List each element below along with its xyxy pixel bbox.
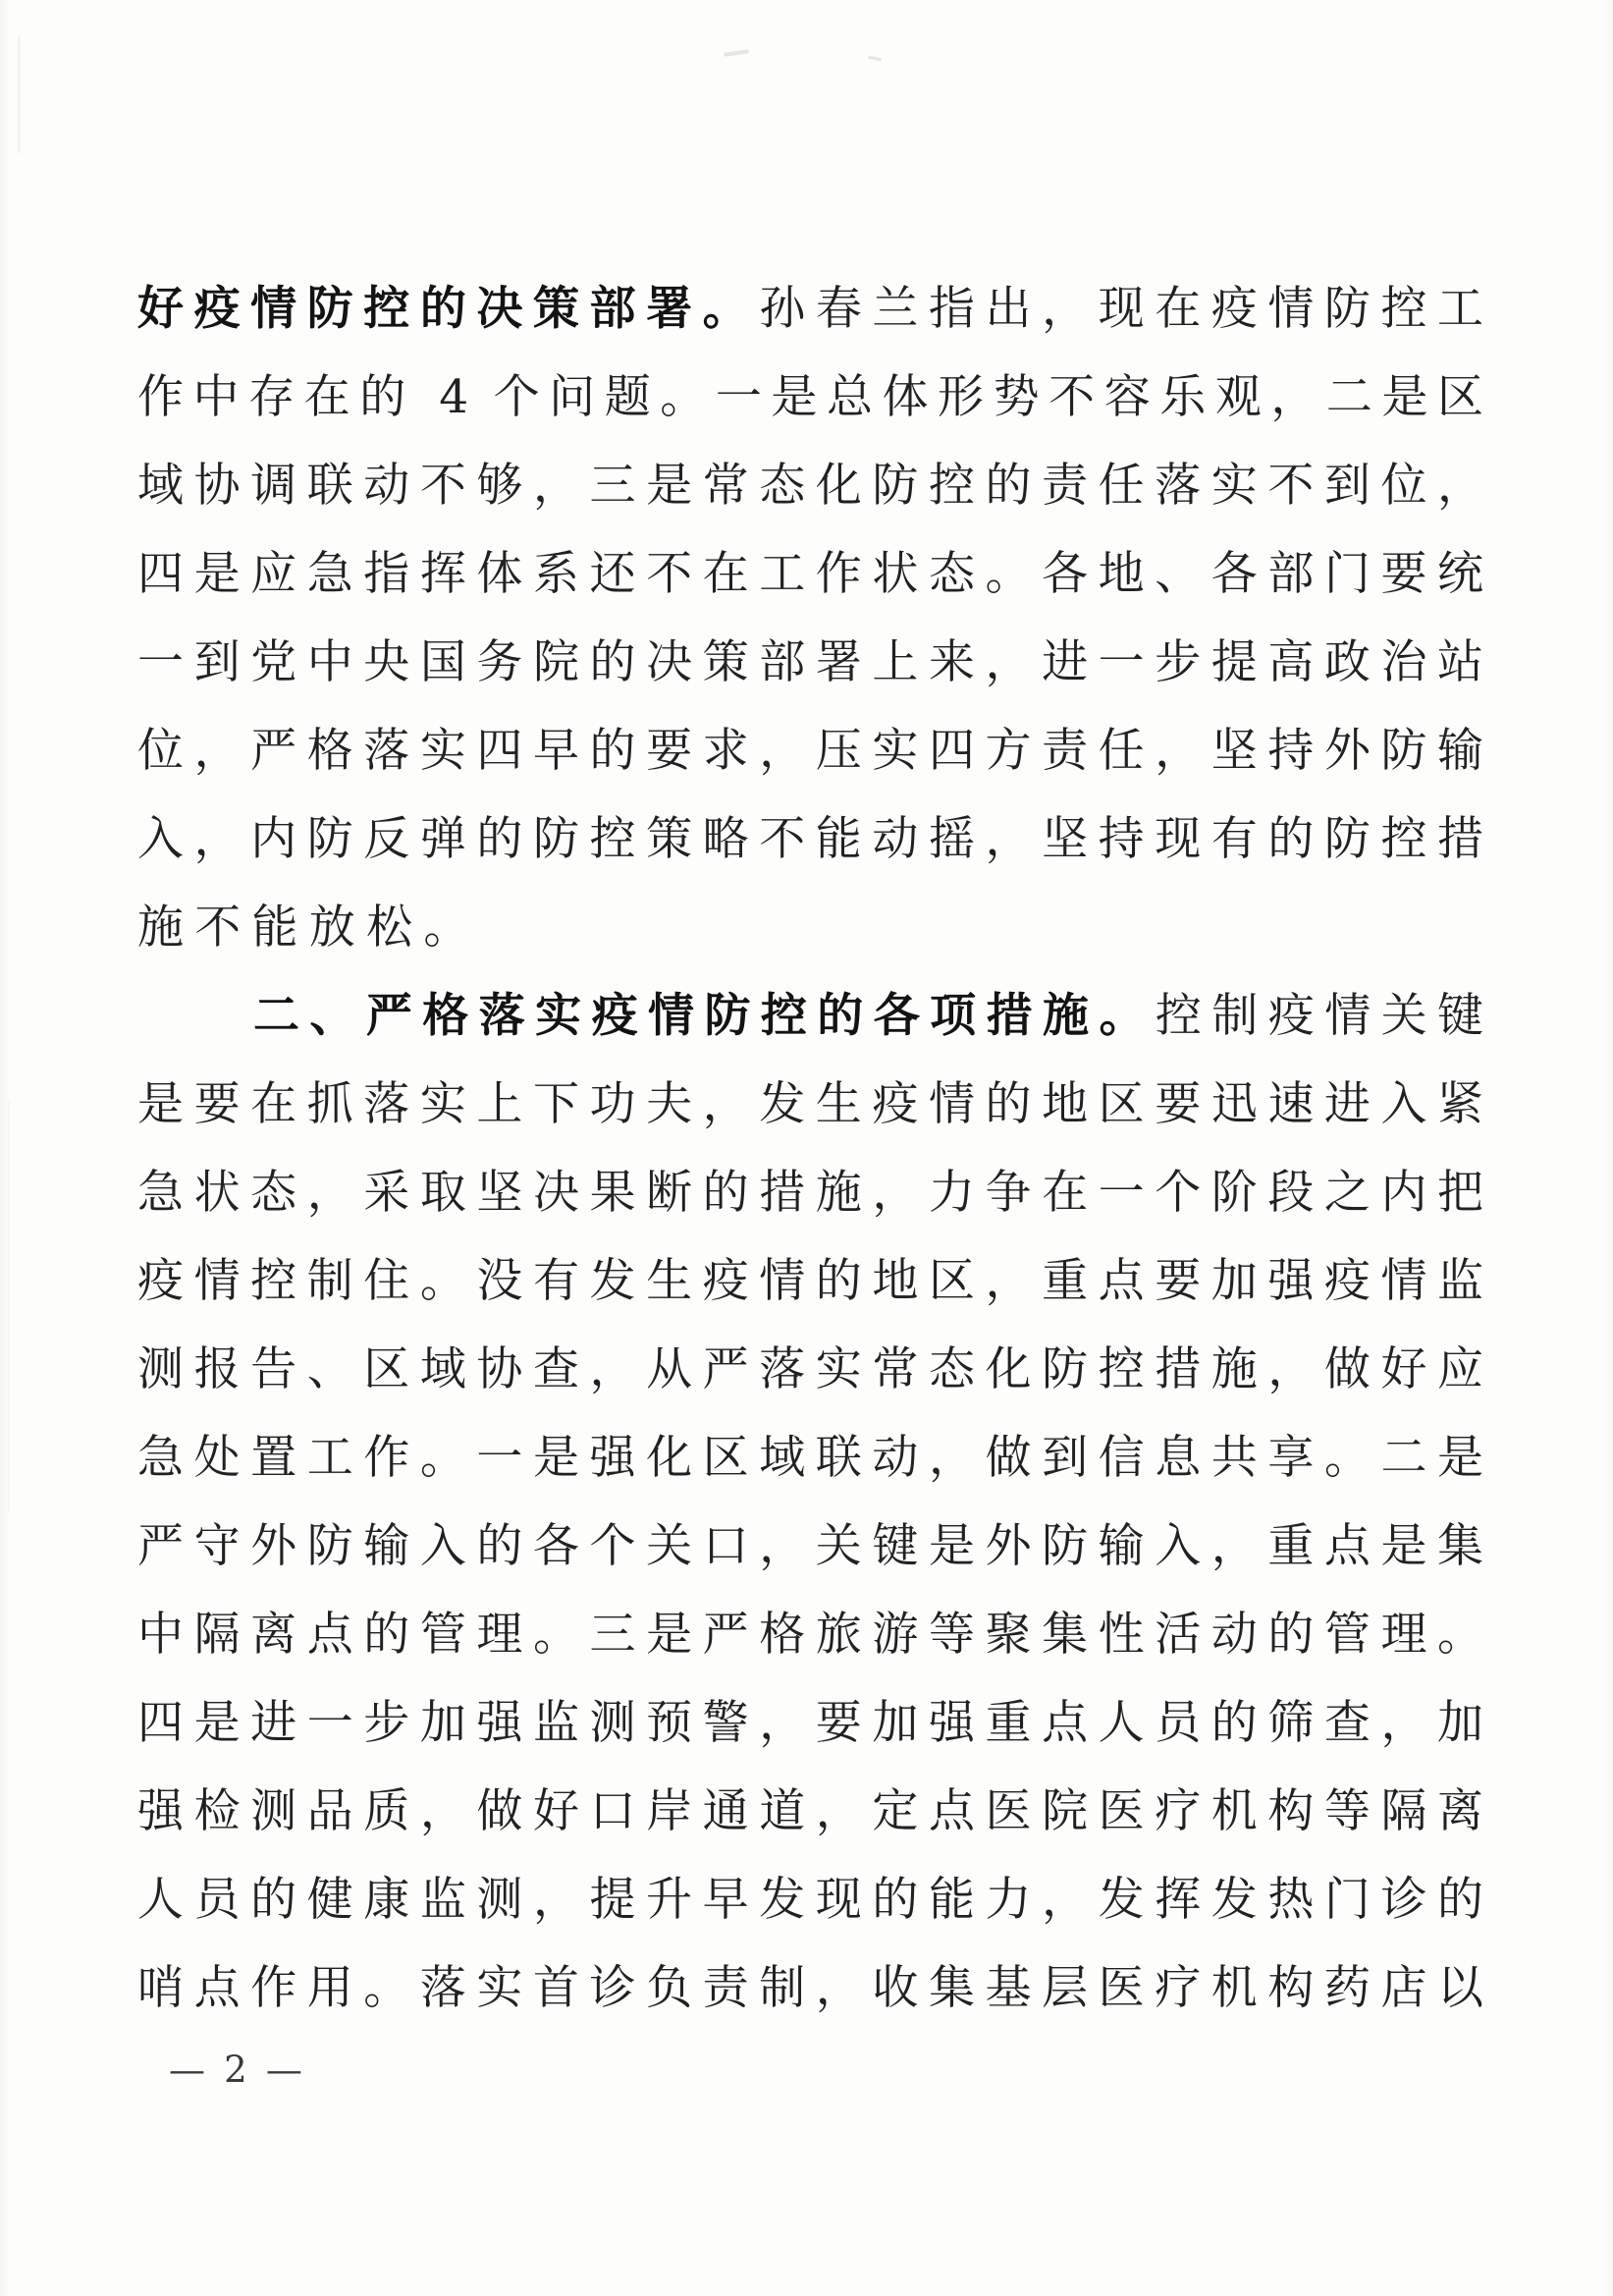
scanned-document-page: 好疫情防控的决策部署。孙春兰指出，现在疫情防控工 作中存在的 4 个问题。一是总… (0, 0, 1613, 2296)
regular-text-segment: 域协调联动不够，三是常态化防控的责任落实不到位， (137, 459, 1484, 513)
regular-text-segment: 是要在抓落实上下功夫，发生疫情的地区要迅速进入紧 (137, 1077, 1484, 1131)
section-heading-text: 二、严格落实疫情防控的各项措施。 (253, 989, 1156, 1043)
text-line: 域协调联动不够，三是常态化防控的责任落实不到位， (137, 442, 1484, 530)
text-line: 入，内防反弹的防控策略不能动摇，坚持现有的防控措 (137, 795, 1484, 884)
scan-artifact (8, 1100, 10, 1512)
text-line: 严守外防输入的各个关口，关键是外防输入，重点是集 (137, 1503, 1484, 1591)
text-line: 哨点作用。落实首诊负责制，收集基层医疗机构药店以 (137, 1944, 1484, 2033)
regular-text-segment: 人员的健康监测，提升早发现的能力，发挥发热门诊的 (137, 1873, 1484, 1927)
page-number: — 2 — (169, 2041, 306, 2100)
text-line: 急状态，采取坚决果断的措施，力争在一个阶段之内把 (137, 1149, 1484, 1237)
regular-text-segment: 急处置工作。一是强化区域联动，做到信息共享。二是 (137, 1431, 1484, 1485)
text-line: 位，严格落实四早的要求，压实四方责任，坚持外防输 (137, 707, 1484, 795)
scan-artifact (18, 35, 21, 153)
regular-text-segment: 哨点作用。落实首诊负责制，收集基层医疗机构药店以 (137, 1961, 1484, 2015)
regular-text-segment: 入，内防反弹的防控策略不能动摇，坚持现有的防控措 (137, 812, 1484, 866)
text-line: 人员的健康监测，提升早发现的能力，发挥发热门诊的 (137, 1856, 1484, 1944)
regular-text-segment: 作中存在的 4 个问题。一是总体形势不容乐观，二是区 (137, 370, 1484, 424)
regular-text-segment: 位，严格落实四早的要求，压实四方责任，坚持外防输 (137, 724, 1484, 778)
regular-text-segment: 四是进一步加强监测预警，要加强重点人员的筛查，加 (137, 1696, 1484, 1750)
text-line: 作中存在的 4 个问题。一是总体形势不容乐观，二是区 (137, 354, 1484, 442)
document-body: 好疫情防控的决策部署。孙春兰指出，现在疫情防控工 作中存在的 4 个问题。一是总… (137, 265, 1484, 2033)
scan-artifact (868, 56, 882, 62)
scan-artifact (724, 49, 749, 57)
regular-text-segment: 孙春兰指出，现在疫情防控工 (759, 282, 1484, 336)
text-line-paragraph-end: 施不能放松。 (137, 884, 1484, 972)
regular-text-segment: 严守外防输入的各个关口，关键是外防输入，重点是集 (137, 1519, 1484, 1573)
regular-text-segment: 急状态，采取坚决果断的措施，力争在一个阶段之内把 (137, 1166, 1484, 1220)
regular-text-segment: 强检测品质，做好口岸通道，定点医院医疗机构等隔离 (137, 1784, 1484, 1838)
text-line: 急处置工作。一是强化区域联动，做到信息共享。二是 (137, 1414, 1484, 1503)
text-line: 是要在抓落实上下功夫，发生疫情的地区要迅速进入紧 (137, 1061, 1484, 1149)
text-line-section-heading: 二、严格落实疫情防控的各项措施。控制疫情关键 (137, 972, 1484, 1061)
bold-text-segment: 好疫情防控的决策部署。 (137, 282, 759, 336)
text-line: 四是应急指挥体系还不在工作状态。各地、各部门要统 (137, 530, 1484, 619)
text-line: 疫情控制住。没有发生疫情的地区，重点要加强疫情监 (137, 1237, 1484, 1326)
regular-text-segment: 中隔离点的管理。三是严格旅游等聚集性活动的管理。 (137, 1608, 1484, 1662)
text-line: 中隔离点的管理。三是严格旅游等聚集性活动的管理。 (137, 1591, 1484, 1679)
text-line: 好疫情防控的决策部署。孙春兰指出，现在疫情防控工 (137, 265, 1484, 354)
text-line: 强检测品质，做好口岸通道，定点医院医疗机构等隔离 (137, 1768, 1484, 1856)
text-line: 一到党中央国务院的决策部署上来，进一步提高政治站 (137, 619, 1484, 707)
regular-text-segment: 测报告、区域协查，从严落实常态化防控措施，做好应 (137, 1342, 1484, 1396)
regular-text-segment: 一到党中央国务院的决策部署上来，进一步提高政治站 (137, 635, 1484, 689)
regular-text-segment: 控制疫情关键 (1156, 989, 1484, 1043)
text-line: 测报告、区域协查，从严落实常态化防控措施，做好应 (137, 1326, 1484, 1414)
text-line: 四是进一步加强监测预警，要加强重点人员的筛查，加 (137, 1679, 1484, 1768)
regular-text-segment: 四是应急指挥体系还不在工作状态。各地、各部门要统 (137, 547, 1484, 601)
regular-text-segment: 施不能放松。 (137, 901, 481, 955)
regular-text-segment: 疫情控制住。没有发生疫情的地区，重点要加强疫情监 (137, 1254, 1484, 1308)
